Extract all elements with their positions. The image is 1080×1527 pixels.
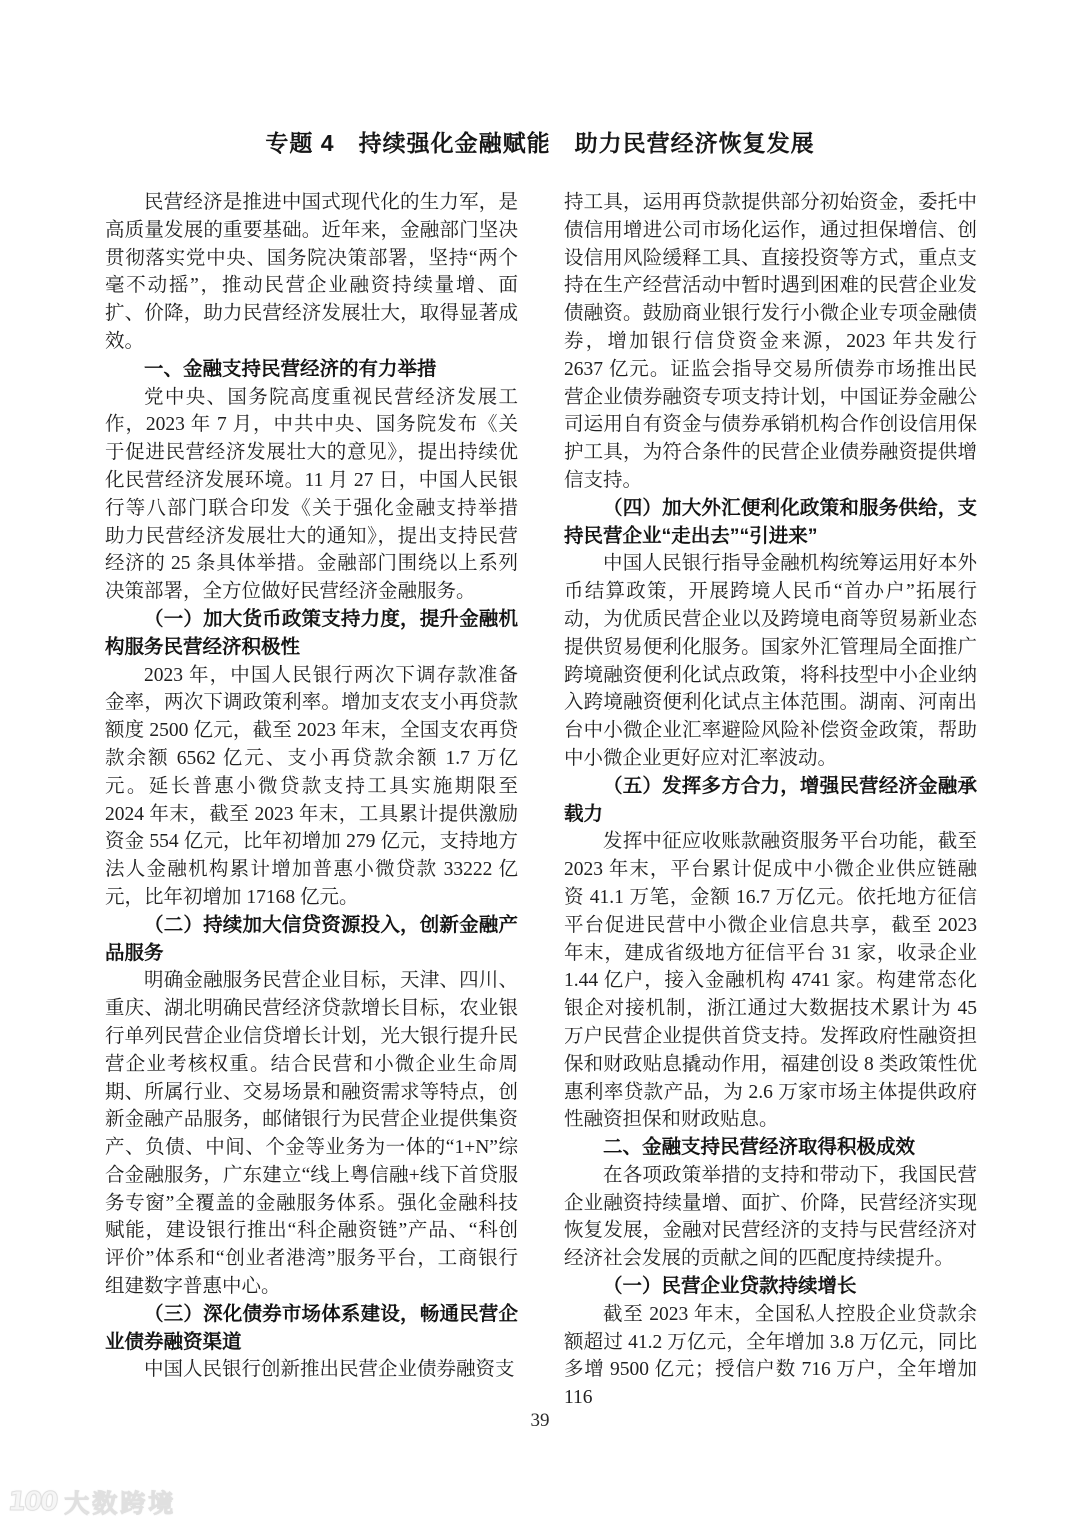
subsection-heading-1-1: （一）加大货币政策支持力度，提升金融机构服务民营经济积极性: [105, 606, 518, 662]
body-paragraph: 发挥中征应收账款融资服务平台功能，截至 2023 年末，平台累计促成中小微企业供…: [564, 828, 977, 1134]
body-paragraph: 中国人民银行创新推出民营企业债券融资支: [105, 1356, 518, 1384]
watermark-brand-text: 大数跨境: [64, 1484, 176, 1520]
body-paragraph: 截至 2023 年末，全国私人控股企业贷款余额超过 41.2 万亿元，全年增加 …: [564, 1301, 977, 1412]
body-paragraph: 在各项政策举措的支持和带动下，我国民营企业融资持续量增、面扩、价降，民营经济实现…: [564, 1162, 977, 1273]
left-column: 民营经济是推进中国式现代化的生力军，是高质量发展的重要基础。近年来，金融部门坚决…: [105, 189, 518, 1412]
watermark: 100 大数跨境: [8, 1484, 176, 1520]
brand-100-logo-icon: 100: [6, 1487, 57, 1517]
body-paragraph: 党中央、国务院高度重视民营经济发展工作，2023 年 7 月，中共中央、国务院发…: [105, 384, 518, 606]
subsection-heading-1-2: （二）持续加大信贷资源投入，创新金融产品服务: [105, 912, 518, 968]
body-paragraph: 2023 年，中国人民银行两次下调存款准备金率，两次下调政策利率。增加支农支小再…: [105, 662, 518, 912]
section-heading-1: 一、金融支持民营经济的有力举措: [105, 356, 518, 384]
page-number: 39: [0, 1410, 1080, 1432]
body-paragraph-continuation: 持工具，运用再贷款提供部分初始资金，委托中债信用增进公司市场化运作，通过担保增信…: [564, 189, 977, 495]
subsection-heading-2-1: （一）民营企业贷款持续增长: [564, 1273, 977, 1301]
body-paragraph: 民营经济是推进中国式现代化的生力军，是高质量发展的重要基础。近年来，金融部门坚决…: [105, 189, 518, 356]
document-page: 专题 4 持续强化金融赋能 助力民营经济恢复发展 民营经济是推进中国式现代化的生…: [0, 0, 1080, 1527]
page-title: 专题 4 持续强化金融赋能 助力民营经济恢复发展: [0, 128, 1080, 158]
right-column: 持工具，运用再贷款提供部分初始资金，委托中债信用增进公司市场化运作，通过担保增信…: [564, 189, 977, 1412]
subsection-heading-1-4: （四）加大外汇便利化政策和服务供给，支持民营企业“走出去”“引进来”: [564, 495, 977, 551]
subsection-heading-1-5: （五）发挥多方合力，增强民营经济金融承载力: [564, 773, 977, 829]
body-paragraph: 明确金融服务民营企业目标，天津、四川、重庆、湖北明确民营经济贷款增长目标，农业银…: [105, 967, 518, 1301]
two-column-body: 民营经济是推进中国式现代化的生力军，是高质量发展的重要基础。近年来，金融部门坚决…: [105, 189, 977, 1412]
subsection-heading-1-3: （三）深化债券市场体系建设，畅通民营企业债券融资渠道: [105, 1301, 518, 1357]
section-heading-2: 二、金融支持民营经济取得积极成效: [564, 1134, 977, 1162]
body-paragraph: 中国人民银行指导金融机构统筹运用好本外币结算政策，开展跨境人民币“首办户”拓展行…: [564, 550, 977, 772]
